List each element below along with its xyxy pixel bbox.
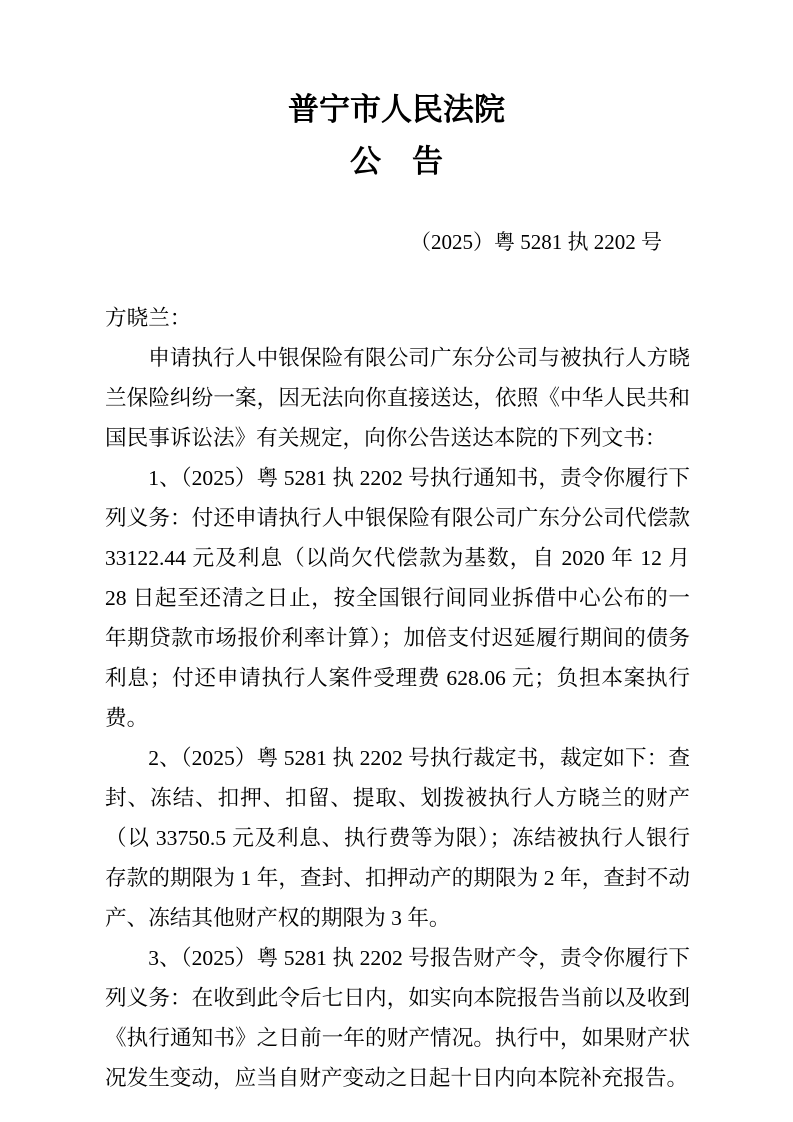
paragraph-item-1: 1、（2025）粤 5281 执 2202 号执行通知书，责令你履行下列义务：付… xyxy=(105,458,690,738)
paragraph-intro: 申请执行人中银保险有限公司广东分公司与被执行人方晓兰保险纠纷一案，因无法向你直接… xyxy=(105,338,690,458)
document-title: 公 告 xyxy=(0,140,793,184)
document-body: 方晓兰： 申请执行人中银保险有限公司广东分公司与被执行人方晓兰保险纠纷一案，因无… xyxy=(105,298,690,1098)
salutation: 方晓兰： xyxy=(105,298,690,338)
court-name: 普宁市人民法院 xyxy=(0,88,793,132)
case-number: （2025）粤 5281 执 2202 号 xyxy=(0,228,793,256)
court-announcement-page: 普宁市人民法院 公 告 （2025）粤 5281 执 2202 号 方晓兰： 申… xyxy=(0,0,793,1122)
paragraph-item-3: 3、（2025）粤 5281 执 2202 号报告财产令，责令你履行下列义务：在… xyxy=(105,938,690,1098)
paragraph-item-2: 2、（2025）粤 5281 执 2202 号执行裁定书，裁定如下：查封、冻结、… xyxy=(105,738,690,938)
